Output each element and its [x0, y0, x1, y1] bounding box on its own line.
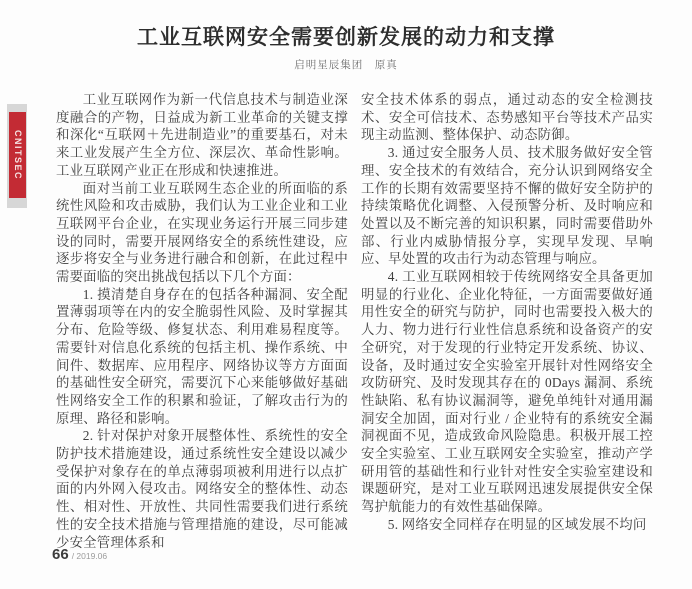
- paragraph-intro: 工业互联网作为新一代信息技术与制造业深度融合的产物，日益成为新工业革命的关键支撑…: [56, 91, 348, 180]
- right-column: 安全技术体系的弱点，通过动态的安全检测技术、安全可信技术、态势感知平台等技术产品…: [361, 91, 653, 551]
- paragraph-point-1: 1. 摸清楚自身存在的包括各种漏洞、安全配置薄弱项等在内的安全脆弱性风险、及时掌…: [56, 286, 348, 428]
- paragraph-point-2-continued: 安全技术体系的弱点，通过动态的安全检测技术、安全可信技术、态势感知平台等技术产品…: [361, 91, 653, 144]
- page-footer: 66/ 2019.06: [52, 546, 107, 564]
- left-column: 工业互联网作为新一代信息技术与制造业深度融合的产物，日益成为新工业革命的关键支撑…: [56, 91, 348, 551]
- article-title: 工业互联网安全需要创新发展的动力和支撑: [0, 21, 692, 51]
- article-body: 工业互联网作为新一代信息技术与制造业深度融合的产物，日益成为新工业革命的关键支撑…: [56, 91, 653, 551]
- issue-label: / 2019.06: [72, 551, 107, 561]
- spine-label: CNITSEC: [13, 130, 23, 180]
- paragraph-point-2: 2. 针对保护对象开展整体性、系统性的安全防护技术措施建设，通过系统性安全建设以…: [56, 427, 348, 551]
- magazine-page: CNITSEC 工业互联网安全需要创新发展的动力和支撑 启明星辰集团 原真 工业…: [0, 0, 692, 589]
- paragraph-point-4: 4. 工业互联网相较于传统网络安全具备更加明显的行业化、企业化特征，一方面需要做…: [361, 268, 653, 516]
- article-byline: 启明星辰集团 原真: [0, 57, 692, 72]
- paragraph-point-5: 5. 网络安全同样存在明显的区域发展不均问: [361, 516, 653, 534]
- page-number: 66: [52, 546, 69, 563]
- paragraph-challenges-lead: 面对当前工业互联网生态企业的所面临的系统性风险和攻击威胁，我们认为工业企业和工业…: [56, 180, 348, 286]
- paragraph-point-3: 3. 通过安全服务人员、技术服务做好安全管理、安全技术的有效结合，充分认识到网络…: [361, 144, 653, 268]
- spine-tab: CNITSEC: [9, 112, 26, 198]
